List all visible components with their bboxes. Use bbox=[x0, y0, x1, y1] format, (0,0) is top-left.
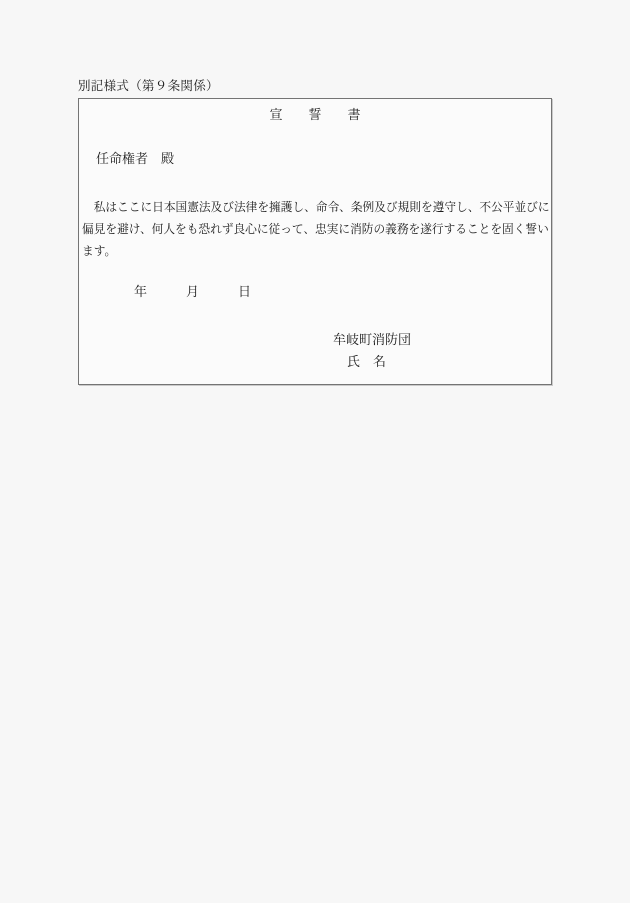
oath-title: 宣 誓 書 bbox=[79, 104, 551, 123]
oath-body-line-3: ます。 bbox=[82, 241, 549, 263]
organization-name: 牟岐町消防団 bbox=[333, 329, 411, 348]
addressee-line: 任命権者 殿 bbox=[96, 148, 174, 167]
oath-body-line-2: 偏見を避け、何人をも恐れず良心に従って、忠実に消防の義務を遂行することを固く誓い bbox=[82, 219, 549, 241]
date-line: 年 月 日 bbox=[134, 281, 251, 300]
document-page: { "page": { "form_label": "別記様式（第９条関係）" … bbox=[0, 0, 630, 903]
form-style-label: 別記様式（第９条関係） bbox=[78, 76, 219, 94]
oath-body-line-1: 私はここに日本国憲法及び法律を擁護し、命令、条例及び規則を遵守し、不公平並びに bbox=[82, 197, 549, 219]
oath-body-paragraph: 私はここに日本国憲法及び法律を擁護し、命令、条例及び規則を遵守し、不公平並びに … bbox=[82, 197, 549, 263]
name-label: 氏 名 bbox=[347, 351, 386, 370]
oath-form-box: 宣 誓 書 任命権者 殿 私はここに日本国憲法及び法律を擁護し、命令、条例及び規… bbox=[78, 98, 552, 385]
